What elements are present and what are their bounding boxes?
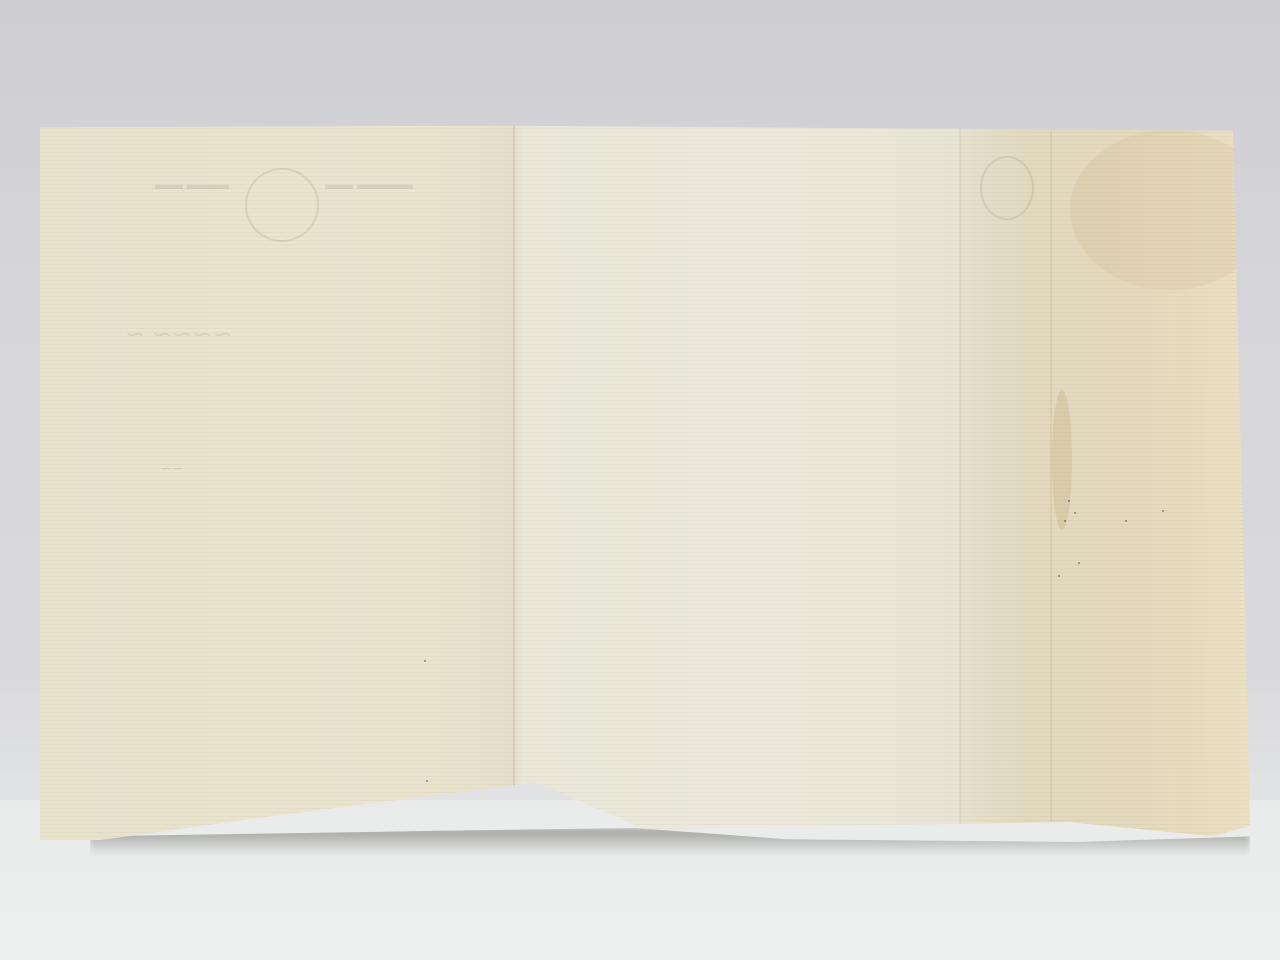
speck bbox=[1068, 500, 1070, 502]
folded-paper-sheet: ▬▬▬ ▬▬ ▬▬▬▬ ▬▬ ∼∼∼∼ ∼ ∼∼ bbox=[40, 120, 1250, 840]
ghost-handwriting: ∼∼∼∼ ∼ bbox=[125, 320, 232, 349]
fold-crease bbox=[959, 120, 961, 840]
speck bbox=[426, 780, 428, 782]
speck bbox=[424, 660, 426, 662]
paper-panel-right bbox=[960, 120, 1250, 840]
ghost-letterhead-left: ▬▬▬ ▬▬ bbox=[155, 176, 229, 192]
stain-mark bbox=[1052, 390, 1072, 530]
speck bbox=[1078, 562, 1080, 564]
speck bbox=[1058, 575, 1060, 577]
paper-panel-left: ▬▬▬ ▬▬ ▬▬▬▬ ▬▬ ∼∼∼∼ ∼ ∼∼ bbox=[40, 120, 514, 840]
ghost-seal-emblem-right bbox=[980, 156, 1034, 220]
ghost-seal-emblem bbox=[245, 168, 319, 242]
paper-panel-center bbox=[514, 120, 960, 840]
speck bbox=[1064, 520, 1066, 522]
ghost-handwriting-2: ∼∼ bbox=[160, 460, 183, 477]
speck bbox=[1074, 512, 1076, 514]
speck bbox=[1125, 520, 1127, 522]
ghost-letterhead-right: ▬▬▬▬ ▬▬ bbox=[325, 176, 413, 192]
speck bbox=[1162, 510, 1164, 512]
fold-crease bbox=[513, 120, 515, 840]
fold-crease bbox=[1050, 120, 1052, 840]
